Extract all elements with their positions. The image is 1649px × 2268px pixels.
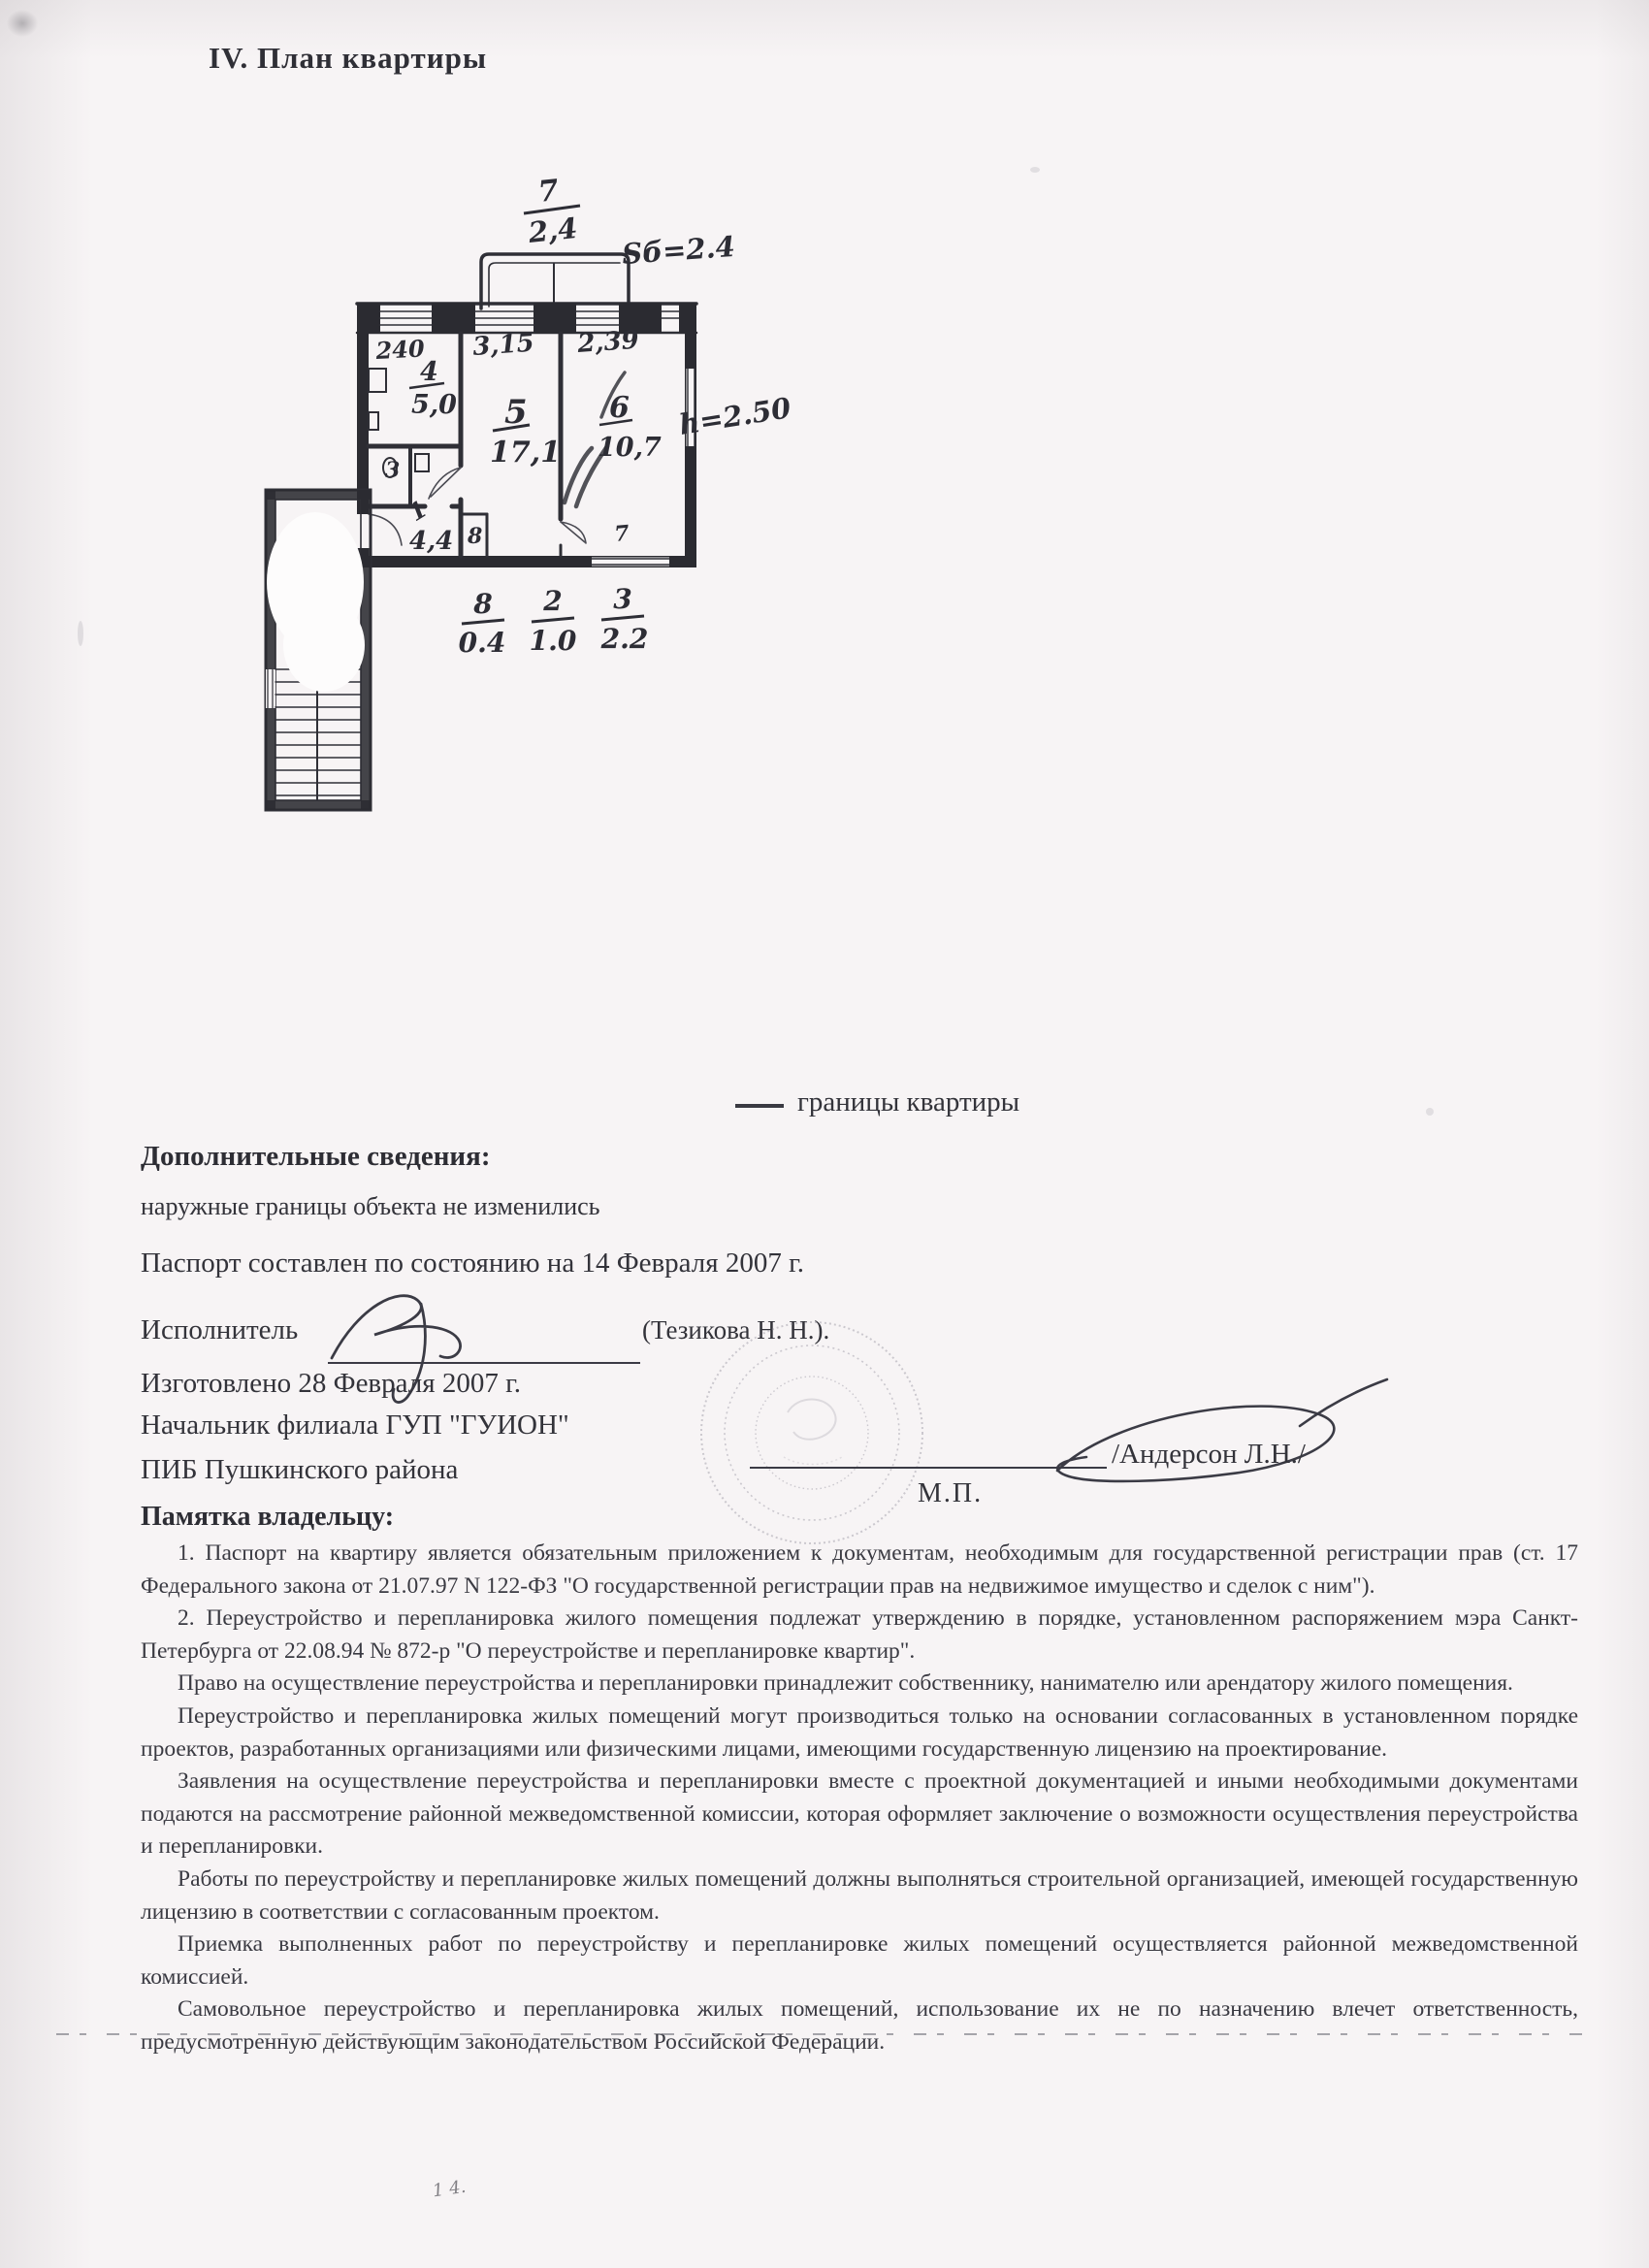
chief-title-line1: Начальник филиала ГУП "ГУИОН" xyxy=(141,1409,569,1442)
memo-paragraph: Самовольное переустройство и перепланиро… xyxy=(141,1993,1578,2058)
plan-labels: 7 2,4 Sб=2.4 h=2.50 240 3,15 2,39 4 5,0 … xyxy=(374,174,793,556)
scan-speck xyxy=(1426,1108,1434,1116)
document-page: IV. План квартиры xyxy=(0,0,1649,2268)
room-hall-num: 1 xyxy=(404,495,433,527)
room-hall-area: 4,4 xyxy=(409,527,453,556)
handwritten-footer-mark: 1 4. xyxy=(432,2177,468,2202)
dim-room5-top: 3,15 xyxy=(471,329,534,362)
chief-title-line2: ПИБ Пушкинского района xyxy=(141,1454,458,1486)
room-wc-num: 3 xyxy=(385,458,400,483)
made-date-line: Изготовлено 28 Февраля 2007 г. xyxy=(141,1368,521,1400)
scan-edge-shadow-right xyxy=(1596,0,1649,2268)
round-stamp xyxy=(691,1312,933,1554)
boundary-line-symbol xyxy=(735,1104,784,1108)
passport-date-line: Паспорт составлен по состоянию на 14 Фев… xyxy=(141,1247,804,1280)
scan-corner-mark xyxy=(0,4,45,43)
chief-signature-line xyxy=(750,1467,1107,1469)
scan-speck xyxy=(1030,167,1040,173)
fraction-area: 1.0 xyxy=(530,625,577,657)
plan-legend: границы квартиры xyxy=(735,1086,1019,1118)
memo-paragraph: Работы по переустройству и перепланировк… xyxy=(141,1863,1578,1928)
balcony-area-label: 2,4 xyxy=(526,211,579,249)
fraction-area: 0.4 xyxy=(459,627,506,659)
memo-paragraph: 1. Паспорт на квартиру является обязател… xyxy=(141,1538,1578,1603)
room-living-area: 17,1 xyxy=(490,436,561,470)
room-kitchen-area: 5,0 xyxy=(411,390,457,420)
memo-paragraph: Приемка выполненных работ по переустройс… xyxy=(141,1928,1578,1993)
memo-paragraph: Заявления на осуществление переустройств… xyxy=(141,1766,1578,1863)
memo-paragraph: Право на осуществление переустройства и … xyxy=(141,1668,1578,1701)
legend-label: границы квартиры xyxy=(797,1086,1019,1118)
fraction-num: 3 xyxy=(613,583,631,615)
room-bedroom-area: 10,7 xyxy=(598,433,662,463)
scan-edge-shadow-left xyxy=(0,0,92,2268)
executor-signature-line xyxy=(328,1362,640,1364)
scan-speck xyxy=(78,621,83,646)
fraction-area: 2.2 xyxy=(600,623,649,655)
separator-dashed-line xyxy=(56,2033,1591,2035)
memo-text: 1. Паспорт на квартиру является обязател… xyxy=(141,1538,1578,2059)
room-kitchen-num: 4 xyxy=(420,357,438,387)
room-closet-num: 8 xyxy=(467,524,482,549)
floor-plan-drawing: 7 2,4 Sб=2.4 h=2.50 240 3,15 2,39 4 5,0 … xyxy=(184,126,824,825)
dim-kitchen-top: 240 xyxy=(374,334,426,365)
executor-label: Исполнитель xyxy=(141,1314,298,1346)
area-fractions: 8 0.4 2 1.0 3 2.2 xyxy=(459,583,649,659)
memo-paragraph: 2. Переустройство и перепланировка жилог… xyxy=(141,1603,1578,1668)
balcony-num-label: 7 xyxy=(536,174,561,210)
chief-name: /Андерсон Л.Н./ xyxy=(1112,1439,1306,1471)
stairwell xyxy=(266,490,371,810)
dim-room6-top: 2,39 xyxy=(575,326,639,359)
fraction-num: 2 xyxy=(542,585,562,617)
page-title: IV. План квартиры xyxy=(209,41,487,76)
floor-plan: 7 2,4 Sб=2.4 h=2.50 240 3,15 2,39 4 5,0 … xyxy=(184,126,824,825)
additional-info-heading: Дополнительные сведения: xyxy=(141,1141,491,1173)
stamp-place-label: М.П. xyxy=(918,1478,983,1509)
additional-info-text: наружные границы объекта не изменились xyxy=(141,1192,600,1221)
memo-heading: Памятка владельцу: xyxy=(141,1502,394,1533)
memo-paragraph: Переустройство и перепланировка жилых по… xyxy=(141,1701,1578,1766)
balcony-area-note: Sб=2.4 xyxy=(621,230,736,271)
room-window-mark: 7 xyxy=(613,521,630,547)
fraction-num: 8 xyxy=(472,588,492,620)
